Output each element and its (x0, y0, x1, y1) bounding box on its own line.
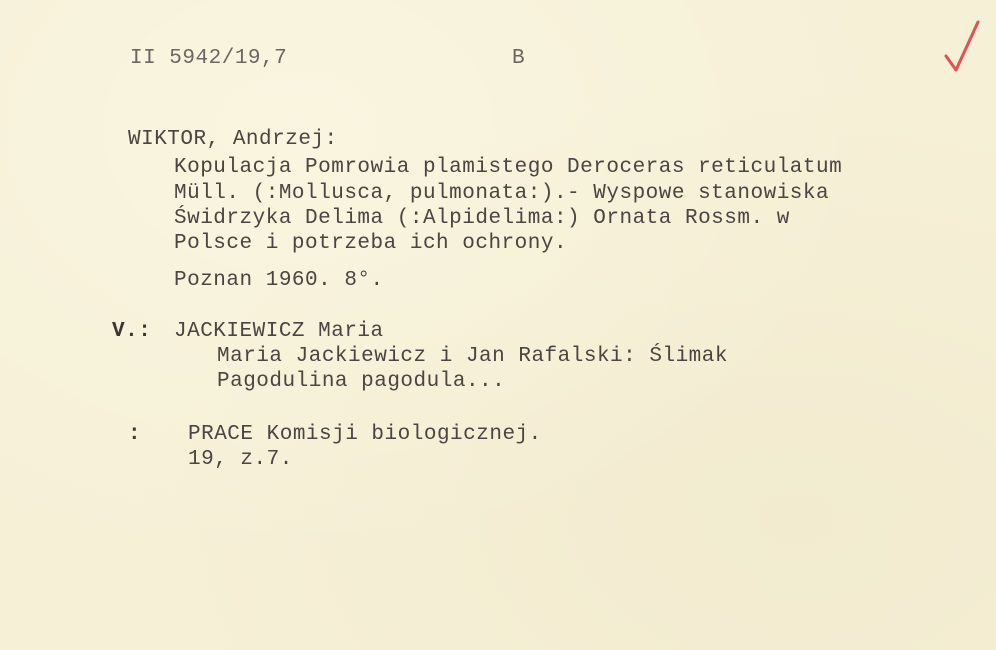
see-also-label: V.: (112, 321, 151, 342)
see-also-name: JACKIEWICZ Maria (174, 321, 384, 342)
call-number: II 5942/19,7 (130, 48, 287, 69)
title-line-1: Kopulacja Pomrowia plamistego Deroceras … (174, 157, 842, 178)
checkmark-icon (940, 18, 980, 76)
author-heading: WIKTOR, Andrzej: (128, 129, 338, 150)
series-line-1: PRACE Komisji biologicznej. (188, 424, 542, 445)
title-line-2: Müll. (:Mollusca, pulmonata:).- Wyspowe … (174, 183, 829, 204)
series-label: : (128, 424, 141, 445)
catalog-card: II 5942/19,7 B WIKTOR, Andrzej: Kopulacj… (0, 0, 996, 650)
title-line-3: Świdrzyka Delima (:Alpidelima:) Ornata R… (174, 208, 790, 229)
imprint: Poznan 1960. 8°. (174, 270, 384, 291)
see-also-line-1: Maria Jackiewicz i Jan Rafalski: Ślimak (217, 346, 728, 367)
series-line-2: 19, z.7. (188, 449, 293, 470)
card-marker: B (512, 48, 525, 69)
title-line-4: Polsce i potrzeba ich ochrony. (174, 233, 567, 254)
see-also-line-2: Pagodulina pagodula... (217, 371, 505, 392)
